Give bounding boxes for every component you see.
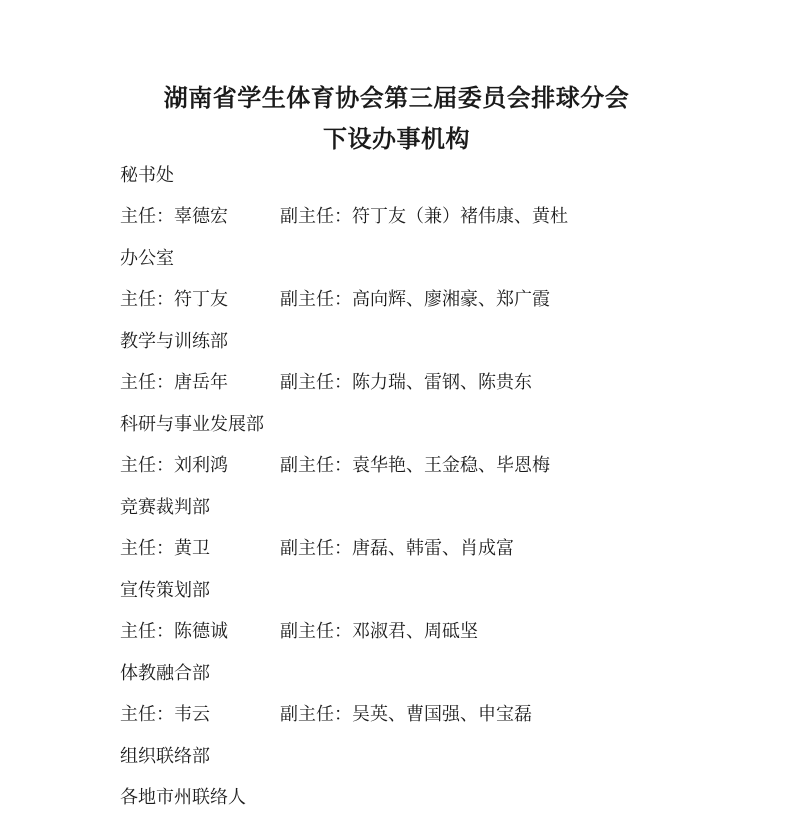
director: 主任：刘利鸿 <box>120 455 228 477</box>
director: 主任：陈德诚 <box>120 621 228 643</box>
section-heading: 办公室 <box>120 248 174 270</box>
document-title: 湖南省学生体育协会第三届委员会排球分会 <box>0 78 793 113</box>
section-heading: 教学与训练部 <box>120 331 228 353</box>
deputy-directors: 副主任：吴英、曹国强、申宝磊 <box>280 704 532 726</box>
section-heading: 宣传策划部 <box>120 580 210 602</box>
document-subtitle: 下设办事机构 <box>0 119 793 154</box>
section-heading: 竞赛裁判部 <box>120 497 210 519</box>
director: 主任：辜德宏 <box>120 206 228 228</box>
section-heading: 科研与事业发展部 <box>120 414 264 436</box>
section-heading: 组织联络部 <box>120 746 210 768</box>
deputy-directors: 副主任：袁华艳、王金稳、毕恩梅 <box>280 455 550 477</box>
section-heading: 各地市州联络人 <box>120 787 246 809</box>
director: 主任：唐岳年 <box>120 372 228 394</box>
deputy-directors: 副主任：陈力瑞、雷钢、陈贵东 <box>280 372 532 394</box>
deputy-directors: 副主任：邓淑君、周砥坚 <box>280 621 478 643</box>
director: 主任：符丁友 <box>120 289 228 311</box>
deputy-directors: 副主任：高向辉、廖湘豪、郑广霞 <box>280 289 550 311</box>
section-heading: 体教融合部 <box>120 663 210 685</box>
director: 主任：黄卫 <box>120 538 210 560</box>
deputy-directors: 副主任：符丁友（兼）褚伟康、黄杜 <box>280 206 568 228</box>
section-heading: 秘书处 <box>120 165 174 187</box>
deputy-directors: 副主任：唐磊、韩雷、肖成富 <box>280 538 514 560</box>
director: 主任：韦云 <box>120 704 210 726</box>
